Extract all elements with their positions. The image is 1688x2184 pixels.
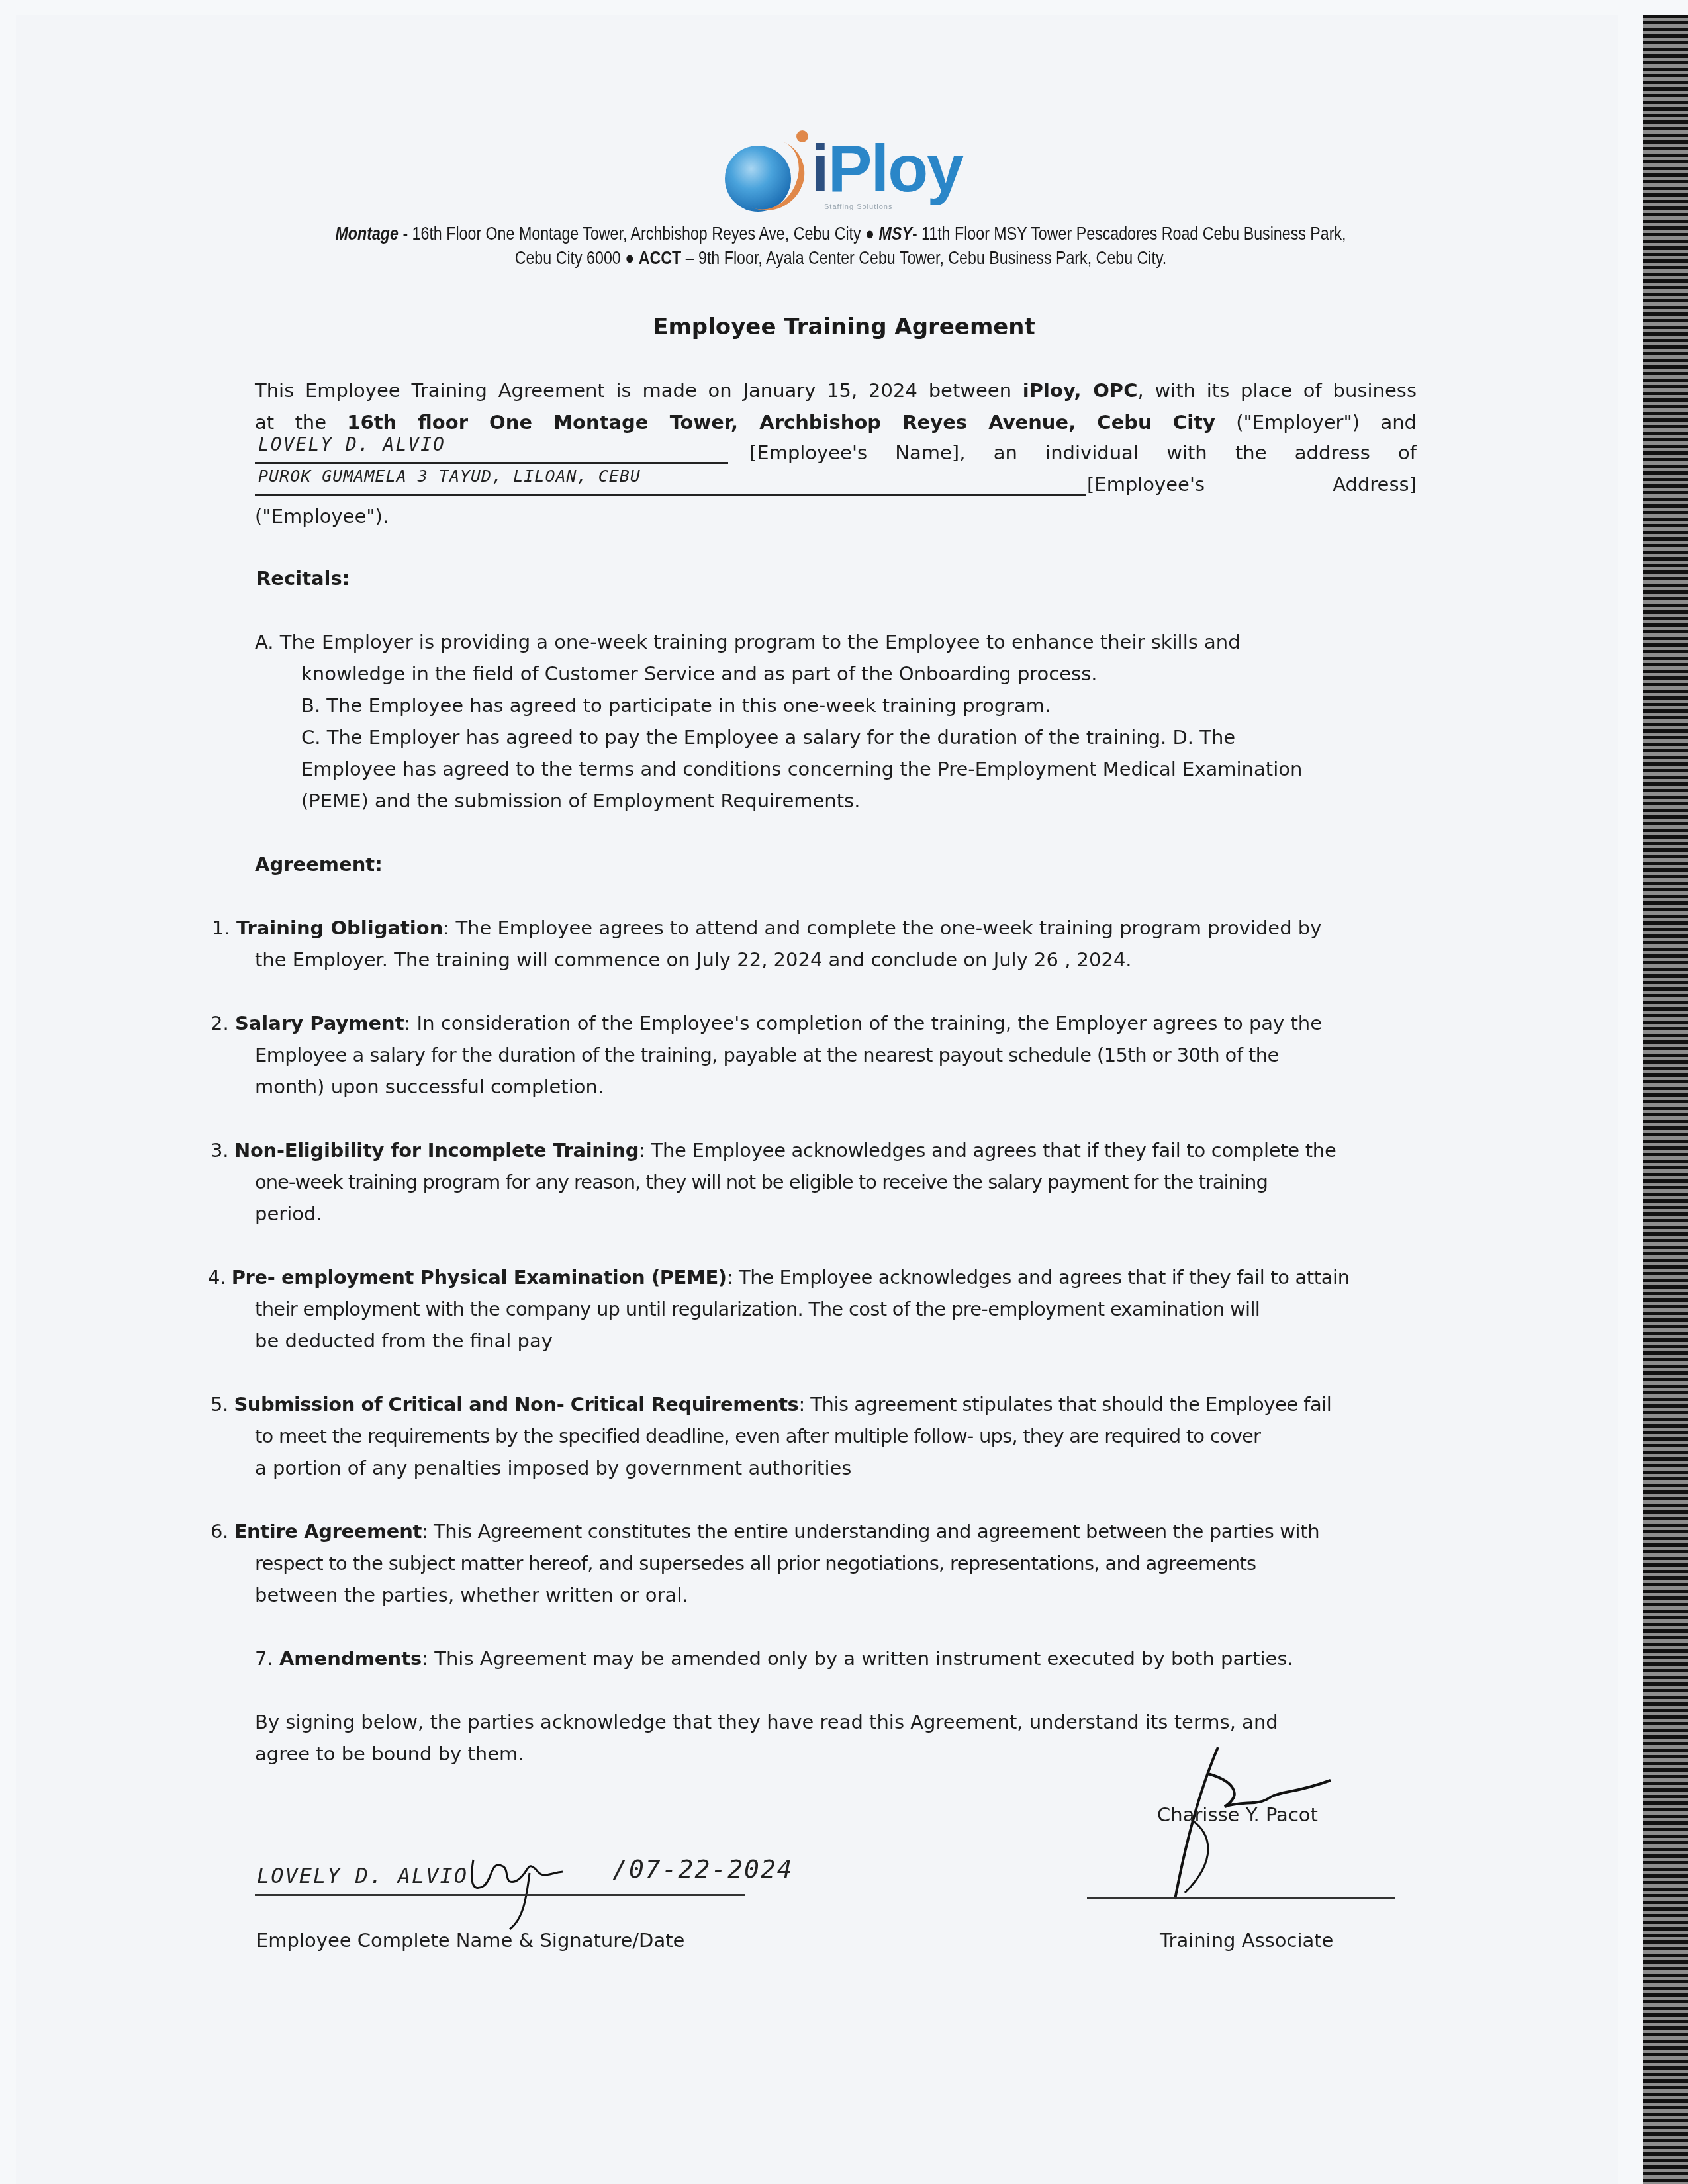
clause-5-cont: to meet the requirements by the specifie… — [255, 1420, 1260, 1452]
clause-text: : This Agreement constitutes the entire … — [422, 1520, 1319, 1543]
clause-2: 2. Salary Payment: In consideration of t… — [211, 1007, 1322, 1039]
clause-number: 7. — [255, 1647, 279, 1670]
clause-1: 1. Training Obligation: The Employee agr… — [212, 912, 1321, 944]
clause-number: 2. — [211, 1012, 235, 1034]
msy-label: MSY — [879, 224, 912, 244]
clause-title: Entire Agreement — [234, 1520, 422, 1543]
clause-4-cont: their employment with the company up unt… — [255, 1293, 1260, 1325]
clause-2-cont-2: month) upon successful completion. — [255, 1071, 604, 1103]
clause-text: : The Employee acknowledges and agrees t… — [639, 1139, 1336, 1161]
clause-text: : In consideration of the Employee's com… — [404, 1012, 1322, 1034]
clause-3-cont: one-week training program for any reason… — [255, 1166, 1268, 1198]
clause-title: Submission of Critical and Non- Critical… — [234, 1393, 798, 1416]
intro-text: This Employee Training Agreement is made… — [255, 379, 1023, 402]
employee-address-blank — [255, 494, 1086, 496]
clause-5-cont-2: a portion of any penalties imposed by go… — [255, 1452, 851, 1484]
intro-text: ("Employer") and — [1215, 411, 1417, 433]
clause-4-cont-2: be deducted from the final pay — [255, 1325, 553, 1357]
clause-2-cont: Employee a salary for the duration of th… — [255, 1039, 1279, 1071]
recital-d-cont: (PEME) and the submission of Employment … — [301, 785, 860, 817]
clause-1-cont: the Employer. The training will commence… — [255, 944, 1132, 976]
employer-name: iPloy, OPC — [1023, 379, 1138, 402]
clause-number: 5. — [211, 1393, 234, 1416]
clause-text: : The Employee agrees to attend and comp… — [443, 917, 1321, 939]
closing-line-2: agree to be bound by them. — [255, 1738, 524, 1770]
employee-address-label: [Employee's Address] — [1087, 469, 1417, 500]
clause-4: 4. Pre- employment Physical Examination … — [208, 1261, 1350, 1293]
recitals-heading: Recitals: — [256, 563, 350, 594]
employee-signed-date: /07-22-2024 — [612, 1853, 794, 1885]
logo-ploy: Ploy — [828, 132, 962, 206]
msy-address-cont: Cebu City 6000 ● — [515, 248, 639, 268]
montage-address: - 16th Floor One Montage Tower, Archbish… — [399, 224, 879, 244]
recital-a-cont: knowledge in the field of Customer Servi… — [301, 658, 1098, 690]
employee-signature — [463, 1833, 609, 1933]
clause-title: Amendments — [279, 1647, 422, 1670]
letterhead-address-line-2: Cebu City 6000 ● ACCT – 9th Floor, Ayala… — [334, 248, 1348, 269]
clause-title: Non-Eligibility for Incomplete Training — [234, 1139, 639, 1161]
clause-text: : This agreement stipulates that should … — [798, 1393, 1331, 1416]
document-title: Employee Training Agreement — [0, 314, 1688, 340]
logo-i: i — [811, 132, 828, 206]
logo-wordmark: iPloy — [811, 136, 962, 202]
recital-d: Employee has agreed to the terms and con… — [301, 753, 1302, 785]
recital-b: B. The Employee has agreed to participat… — [301, 690, 1051, 721]
recital-c: C. The Employer has agreed to pay the Em… — [301, 721, 1235, 753]
employee-name-handwritten: LOVELY D. ALVIO — [258, 429, 445, 461]
associate-name: Charisse Y. Pacot — [1157, 1799, 1318, 1831]
orange-dot-icon — [796, 130, 808, 142]
associate-caption: Training Associate — [1160, 1925, 1333, 1956]
clause-number: 1. — [212, 917, 236, 939]
employee-caption: Employee Complete Name & Signature/Date — [256, 1925, 684, 1956]
clause-number: 6. — [211, 1520, 234, 1543]
clause-3: 3. Non-Eligibility for Incomplete Traini… — [211, 1134, 1336, 1166]
letterhead-address-line-1: Montage - 16th Floor One Montage Tower, … — [334, 224, 1348, 244]
agreement-heading: Agreement: — [255, 848, 383, 880]
clause-6-cont-2: between the parties, whether written or … — [255, 1579, 688, 1611]
intro-line-1: This Employee Training Agreement is made… — [255, 375, 1417, 406]
employee-signature-line — [255, 1894, 745, 1896]
acct-label: ACCT — [639, 248, 682, 268]
intro-text: , with its place of business — [1137, 379, 1417, 402]
clause-title: Salary Payment — [235, 1012, 404, 1034]
associate-signature-line — [1087, 1897, 1395, 1899]
clause-number: 3. — [211, 1139, 234, 1161]
montage-label: Montage — [335, 224, 398, 244]
iploy-logo: iPloy Staffing Solutions — [718, 129, 976, 215]
employee-definition: ("Employee"). — [255, 500, 389, 532]
employer-address: 16th floor One Montage Tower, Archbishop… — [347, 411, 1215, 433]
acct-address: – 9th Floor, Ayala Center Cebu Tower, Ce… — [681, 248, 1166, 268]
clause-7: 7. Amendments: This Agreement may be ame… — [255, 1643, 1293, 1674]
msy-address: - 11th Floor MSY Tower Pescadores Road C… — [912, 224, 1346, 244]
clause-title: Pre- employment Physical Examination (PE… — [232, 1266, 727, 1289]
employee-name-label: [Employee's Name], an individual with th… — [749, 437, 1417, 469]
closing-line-1: By signing below, the parties acknowledg… — [255, 1706, 1278, 1738]
employee-address-handwritten: PUROK GUMAMELA 3 TAYUD, LILOAN, CEBU — [258, 461, 641, 492]
recital-a: A. The Employer is providing a one-week … — [255, 626, 1241, 658]
clause-text: : This Agreement may be amended only by … — [422, 1647, 1293, 1670]
clause-6-cont: respect to the subject matter hereof, an… — [255, 1547, 1256, 1579]
clause-5: 5. Submission of Critical and Non- Criti… — [211, 1388, 1331, 1420]
clause-6: 6. Entire Agreement: This Agreement cons… — [211, 1516, 1319, 1547]
clause-number: 4. — [208, 1266, 232, 1289]
clause-title: Training Obligation — [236, 917, 444, 939]
clause-3-cont-2: period. — [255, 1198, 322, 1230]
logo-tagline: Staffing Solutions — [824, 203, 892, 211]
employee-signed-name: LOVELY D. ALVIO — [257, 1860, 468, 1891]
clause-text: : The Employee acknowledges and agrees t… — [727, 1266, 1350, 1289]
